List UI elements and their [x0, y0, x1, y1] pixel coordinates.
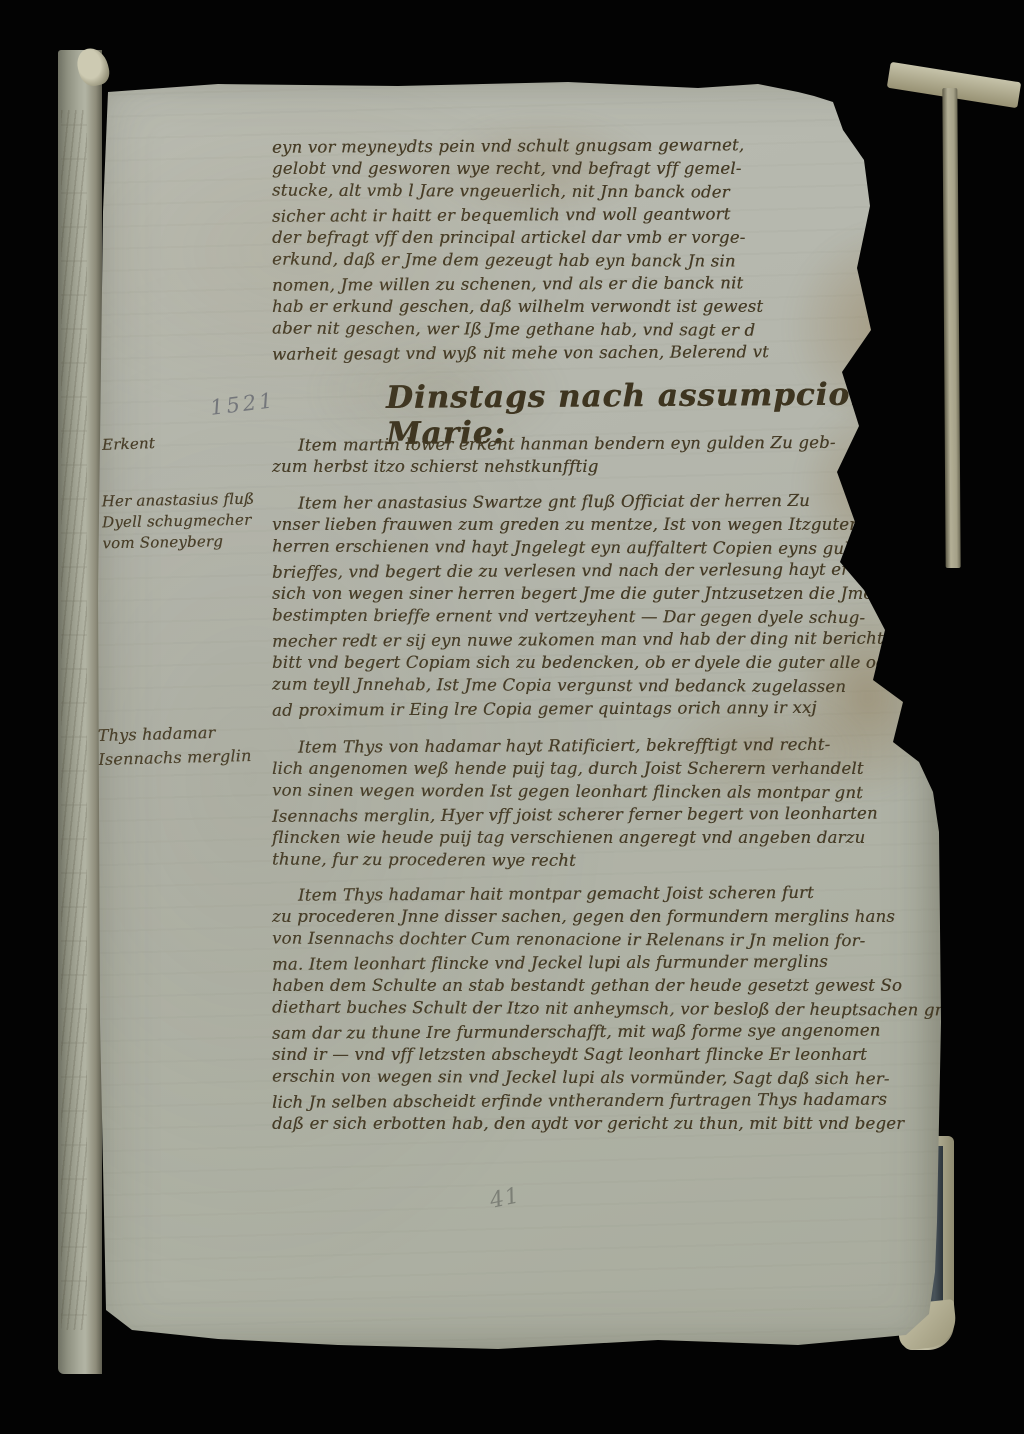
archivist-year-pencil: 1521 [209, 388, 277, 420]
text-line: diethart buches Schult der Itzo nit anhe… [272, 996, 944, 1022]
entry-hadamar-montpar: Item Thys hadamar hait montpar gemacht J… [272, 882, 944, 1135]
text-line: erschin von wegen sin vnd Jeckel lupi al… [272, 1065, 944, 1091]
text-line: hab er erkund geschen, daß wilhelm verwo… [272, 295, 944, 318]
text-line: Item Thys von hadamar hayt Ratificiert, … [272, 732, 944, 759]
text-line: haben dem Schulte an stab bestandt getha… [272, 974, 944, 997]
margin-note-anastasius: Her anastasius fluß Dyell schugmecher vo… [101, 489, 255, 555]
text-line: zu procederen Jnne disser sachen, gegen … [272, 905, 944, 928]
bleed-through-script [61, 110, 87, 1330]
text-line: nomen, Jme willen zu schenen, vnd als er… [272, 270, 944, 297]
text-line: mecher redt er sij eyn nuwe zukomen man … [272, 626, 944, 653]
text-line: von sinen wegen worden Ist gegen leonhar… [272, 779, 944, 805]
text-line: thune, fur zu procederen wye recht [272, 848, 944, 874]
manuscript-photo: eyn vor meyneydts pein vnd schult gnugsa… [0, 0, 1024, 1434]
date-heading: Dinstags nach assumpcion/ Marie: [386, 376, 944, 452]
text-line: Item martin lower erkent hanman bendern … [272, 430, 944, 457]
text-line: zum teyll Jnnehab, Ist Jme Copia verguns… [272, 673, 944, 699]
paper-stain [798, 402, 948, 572]
text-line: sind ir — vnd vff letzsten abscheydt Sag… [272, 1043, 944, 1066]
text-line: stucke, alt vmb l Jare vngeuerlich, nit … [272, 179, 944, 205]
text-line: aber nit geschen, wer Iß Jme gethane hab… [272, 317, 944, 343]
text-line: erkund, daß er Jme dem gezeugt hab eyn b… [272, 248, 944, 274]
text-line: vnser lieben frauwen zum greden zu mentz… [272, 513, 944, 536]
text-line: gelobt vnd gesworen wye recht, vnd befra… [272, 157, 944, 180]
paper-stain [428, 112, 658, 222]
entry-hadamar-ratification: Item Thys von hadamar hayt Ratificiert, … [272, 734, 944, 872]
margin-note-erkent: Erkent [102, 433, 156, 456]
margin-line: Thys hadamar [97, 720, 251, 748]
entry-anastasius: Item her anastasius Swartze gnt fluß Off… [272, 490, 944, 720]
date-heading-year-numeral: xxi [898, 402, 930, 426]
text-line: ma. Item leonhart flincke vnd Jeckel lup… [272, 949, 944, 976]
text-line: herren erschienen vnd hayt Jngelegt eyn … [272, 535, 944, 561]
manuscript-page: eyn vor meyneydts pein vnd schult gnugsa… [98, 72, 944, 1354]
text-line: ad proximum ir Eing lre Copia gemer quin… [272, 695, 944, 722]
text-line: Item her anastasius Swartze gnt fluß Off… [272, 488, 944, 515]
text-line: sicher acht ir haitt er bequemlich vnd w… [272, 201, 944, 228]
paper-stain [658, 692, 868, 812]
text-line: Isennachs merglin, Hyer vff joist schere… [272, 801, 944, 828]
text-line: der befragt vff den principal artickel d… [272, 226, 944, 249]
text-line: flincken wie heude puij tag verschienen … [272, 826, 944, 849]
text-line: lich Jn selben abscheidt erfinde vnthera… [272, 1087, 944, 1114]
text-line: zum herbst itzo schierst nehstkunfftig [272, 455, 944, 478]
text-line: sam dar zu thune Ire furmunderschafft, m… [272, 1018, 944, 1045]
text-line: eyn vor meyneydts pein vnd schult gnugsa… [272, 132, 944, 159]
text-line: von Isennachs dochter Cum renonacione ir… [272, 927, 944, 953]
under-leaf-right-edge [942, 88, 960, 568]
entry-martin-lower: Item martin lower erkent hanman bendern … [272, 432, 944, 478]
text-line: bitt vnd begert Copiam sich zu bedencken… [272, 651, 944, 674]
text-line: bestimpten brieffe ernent vnd vertzeyhen… [272, 604, 944, 630]
paragraph-testimony: eyn vor meyneydts pein vnd schult gnugsa… [272, 134, 944, 364]
text-line: daß er sich erbotten hab, den aydt vor g… [272, 1112, 944, 1135]
margin-note-hadamar: Thys hadamar Isennachs merglin [97, 720, 251, 772]
paper-stain [788, 222, 1008, 432]
text-line: warheit gesagt vnd wyß nit mehe von sach… [272, 339, 944, 366]
margin-line: vom Soneyberg [102, 531, 255, 555]
margin-line: Dyell schugmecher [102, 510, 255, 534]
margin-line: Isennachs merglin [98, 744, 252, 772]
paper-stain [788, 592, 948, 802]
text-line: sich von wegen siner herren begert Jme d… [272, 582, 944, 605]
margin-line: Her anastasius fluß [101, 489, 254, 513]
text-line: brieffes, vnd begert die zu verlesen vnd… [272, 557, 944, 584]
folio-number-pencil: 41 [488, 1183, 523, 1214]
paper-stain [308, 322, 568, 462]
facing-page-edge [58, 50, 102, 1374]
text-line: lich angenomen weß hende puij tag, durch… [272, 757, 944, 780]
text-line: Item Thys hadamar hait montpar gemacht J… [272, 880, 944, 907]
